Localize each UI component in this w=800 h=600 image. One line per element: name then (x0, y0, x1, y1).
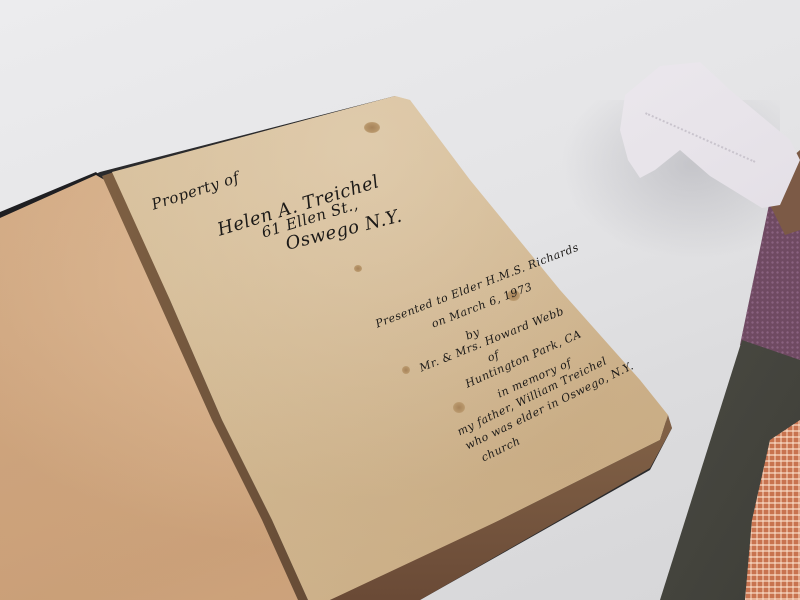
water-stain (453, 402, 465, 413)
water-stain (354, 265, 362, 272)
water-stain (364, 122, 380, 133)
photo-scene: Property of Helen A. Treichel 61 Ellen S… (0, 0, 800, 600)
water-stain (402, 366, 410, 374)
